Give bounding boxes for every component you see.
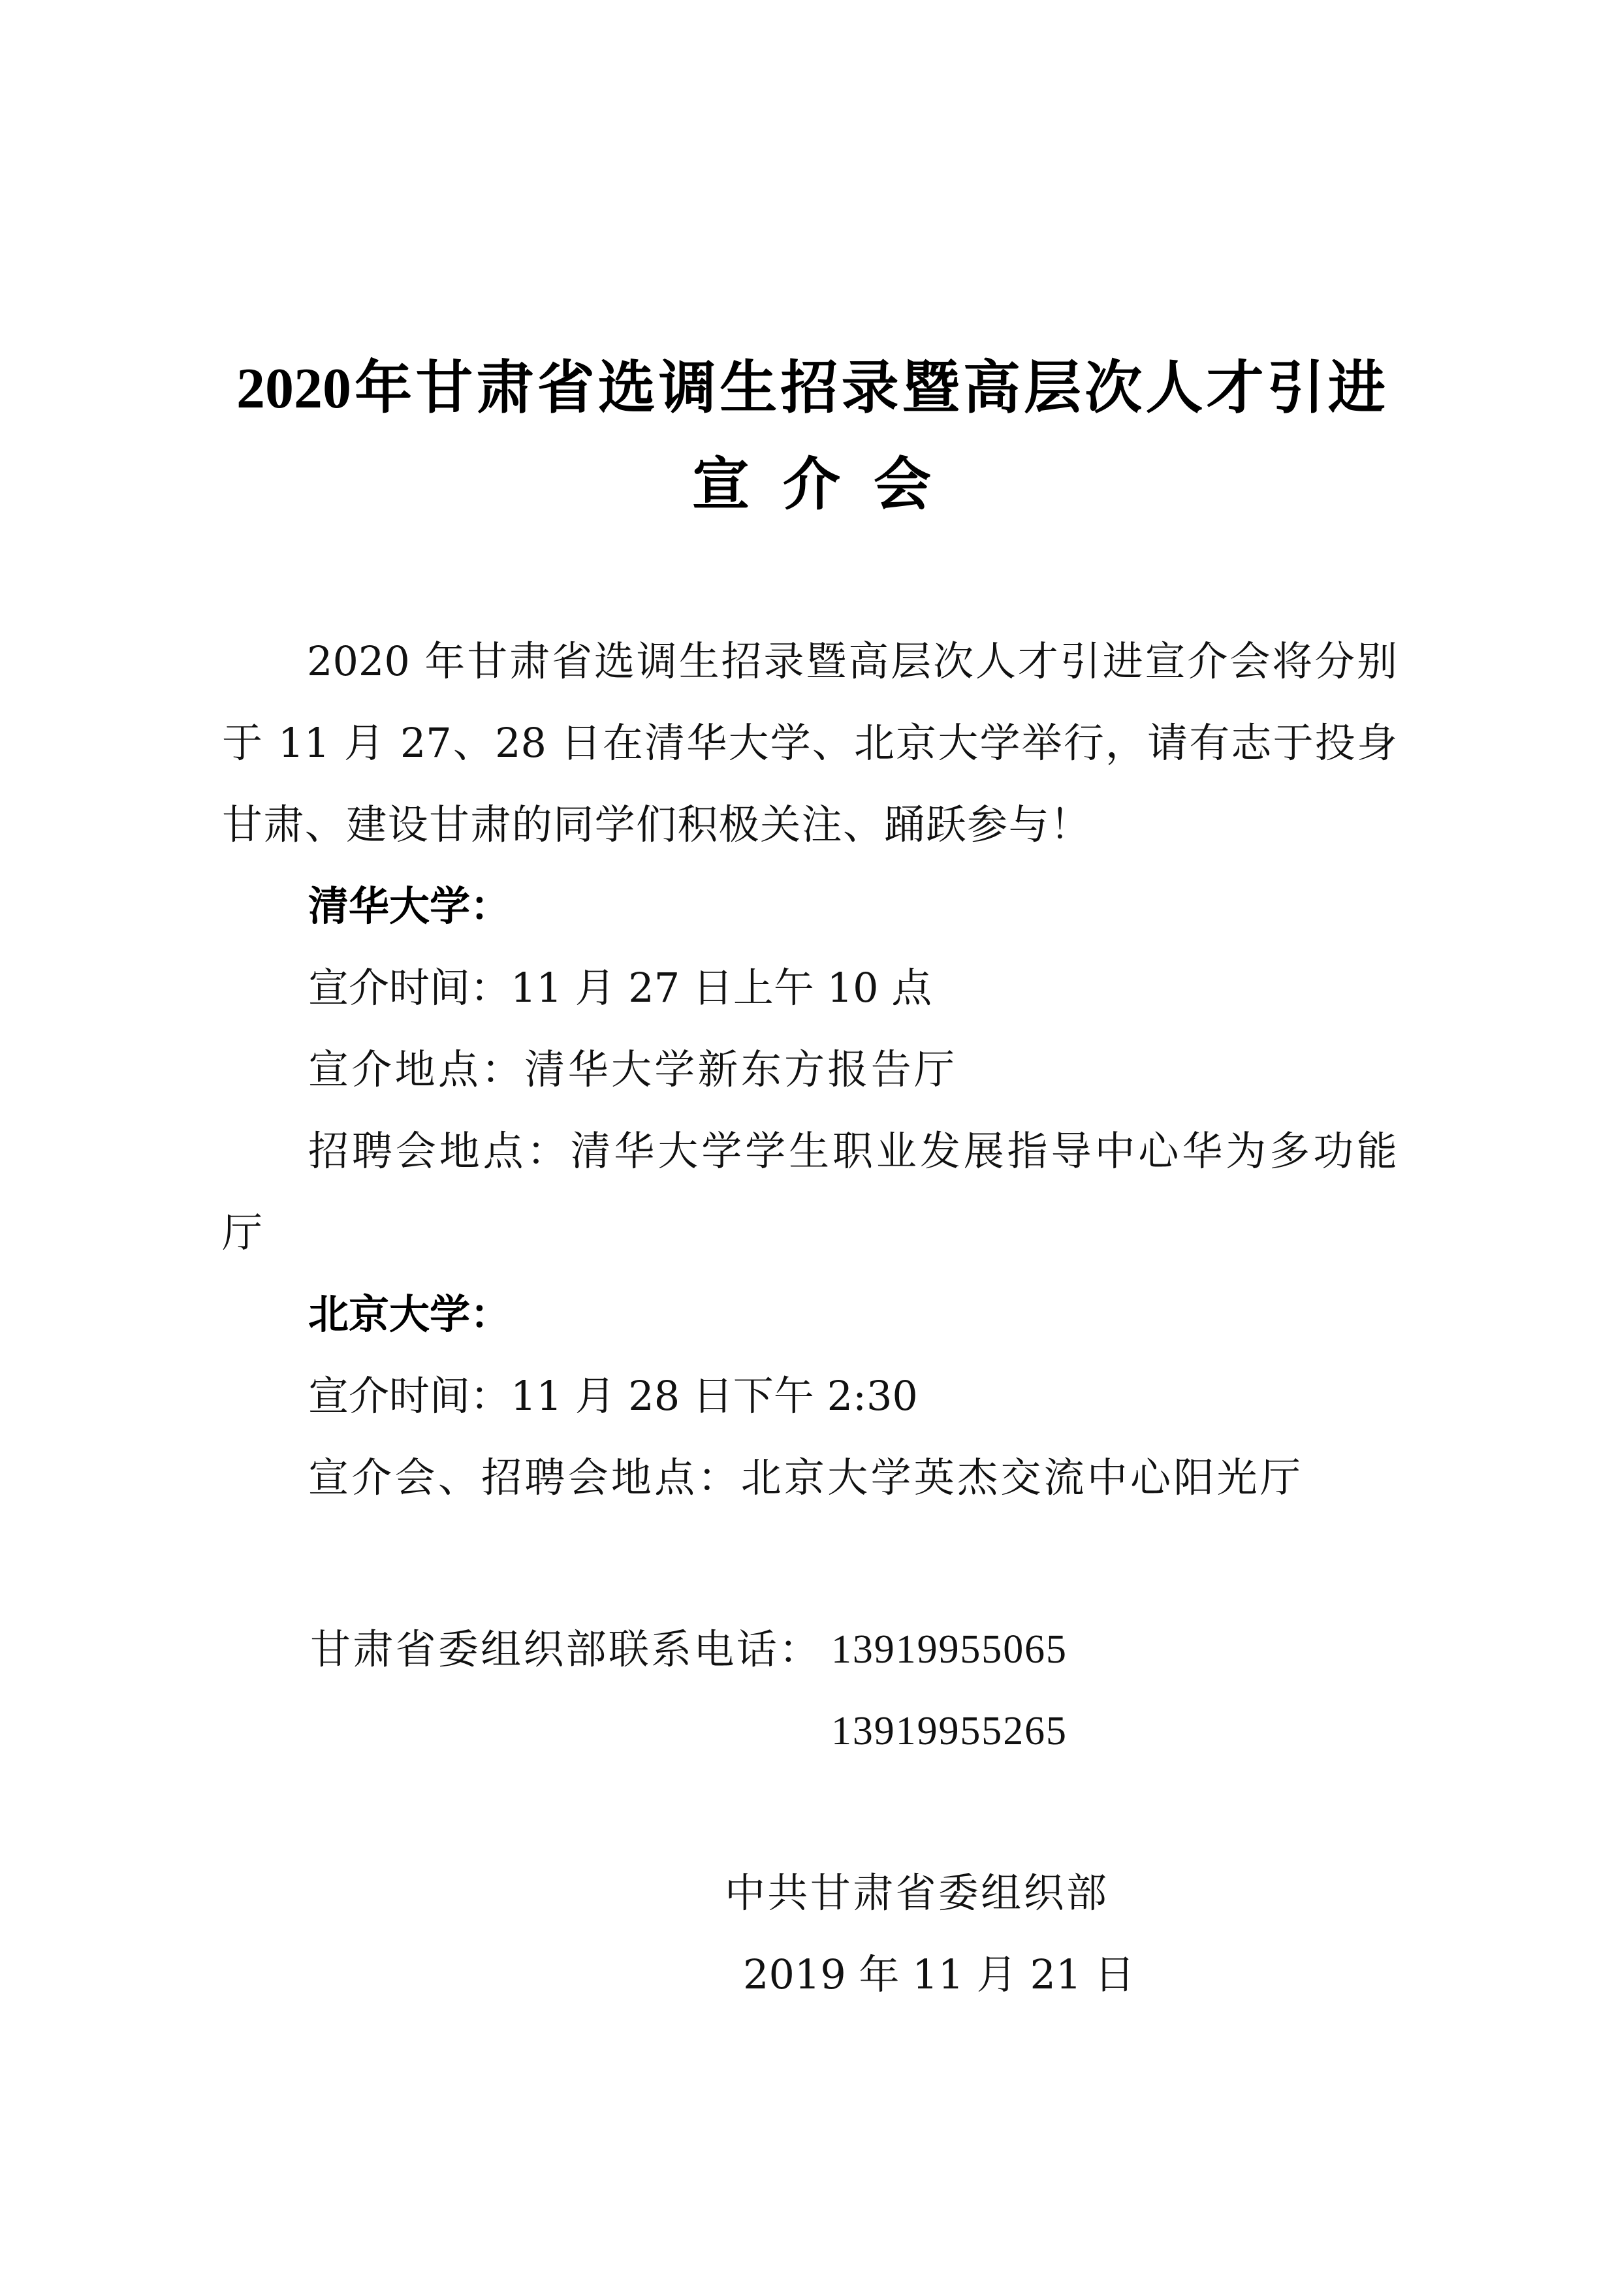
- peking-venue: 宣介会、招聘会地点：北京大学英杰交流中心阳光厅: [308, 1458, 1301, 1498]
- contact-phone-1: 13919955065: [831, 1629, 1066, 1670]
- document-subtitle: 宣 介 会: [692, 457, 931, 515]
- tsinghua-job-fair-venue-continued: 厅: [222, 1213, 262, 1253]
- intro-paragraph-line-1: 2020 年甘肃省选调生招录暨高层次人才引进宣介会将分别: [307, 641, 1397, 682]
- intro-paragraph-line-3: 甘肃、建设甘肃的同学们积极关注、踊跃参与！: [222, 805, 1090, 845]
- tsinghua-time: 宣介时间：11 月 27 日上午 10 点: [308, 968, 919, 1008]
- contact-phone-2: 13919955265: [831, 1711, 1066, 1751]
- tsinghua-venue: 宣介地点：清华大学新东方报告厅: [308, 1049, 955, 1090]
- intro-paragraph-line-2: 于 11 月 27、28 日在清华大学、北京大学举行，请有志于投身: [222, 723, 1397, 763]
- peking-time: 宣介时间：11 月 28 日下午 2:30: [308, 1376, 915, 1416]
- document-page: 2020年甘肃省选调生招录暨高层次人才引进 宣 介 会 2020 年甘肃省选调生…: [0, 0, 1614, 2296]
- contact-label: 甘肃省委组织部联系电话：: [310, 1629, 819, 1670]
- tsinghua-job-fair-venue: 招聘会地点：清华大学学生职业发展指导中心华为多功能: [308, 1131, 1397, 1172]
- signature-date: 2019 年 11 月 21 日: [743, 1954, 1088, 1995]
- peking-heading: 北京大学：: [308, 1294, 511, 1335]
- signature-organization: 中共甘肃省委组织部: [725, 1873, 1107, 1913]
- document-title: 2020年甘肃省选调生招录暨高层次人才引进: [236, 360, 1385, 418]
- tsinghua-heading: 清华大学：: [308, 886, 511, 927]
